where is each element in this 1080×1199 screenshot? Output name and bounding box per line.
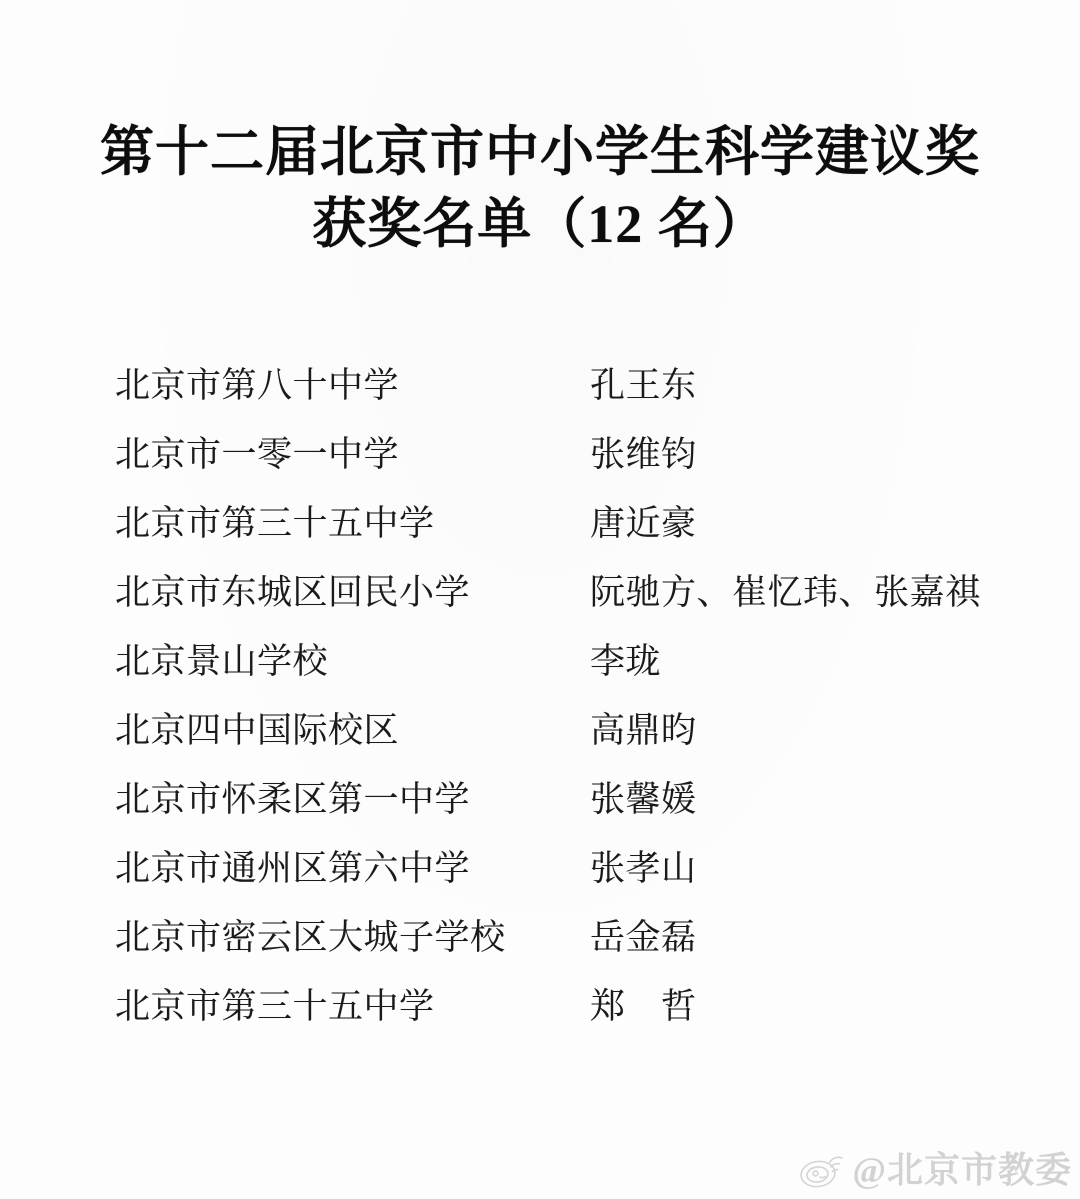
table-row: 北京市第八十中学 孔王东 (115, 348, 1080, 417)
table-row: 北京四中国际校区 高鼎昀 (115, 693, 1080, 762)
winner-names: 孔王东 (590, 358, 697, 408)
school-name: 北京市第三十五中学 (115, 979, 590, 1029)
table-row: 北京市通州区第六中学 张孝山 (115, 831, 1080, 900)
winner-names: 高鼎昀 (590, 703, 697, 753)
winner-names: 张馨媛 (590, 772, 697, 822)
table-row: 北京市密云区大城子学校 岳金磊 (115, 900, 1080, 969)
watermark: @北京市教委 (797, 1142, 1073, 1193)
winner-names: 唐近豪 (590, 496, 697, 546)
school-name: 北京市东城区回民小学 (115, 565, 590, 615)
winner-names: 郑 哲 (590, 979, 697, 1029)
school-name: 北京景山学校 (115, 634, 590, 684)
school-name: 北京市通州区第六中学 (115, 841, 590, 891)
table-row: 北京市怀柔区第一中学 张馨媛 (115, 762, 1080, 831)
winner-names: 岳金磊 (590, 910, 697, 960)
table-row: 北京市一零一中学 张维钧 (115, 417, 1080, 486)
table-row: 北京市东城区回民小学 阮驰方、崔忆玮、张嘉祺 (115, 555, 1080, 624)
school-name: 北京四中国际校区 (115, 703, 590, 753)
school-name: 北京市第三十五中学 (115, 496, 590, 546)
table-row: 北京景山学校 李珑 (115, 624, 1080, 693)
title-line-1: 第十二届北京市中小学生科学建议奖 (0, 116, 1080, 188)
watermark-text: @北京市教委 (853, 1142, 1073, 1193)
winner-names: 李珑 (590, 634, 661, 684)
winner-names: 张孝山 (590, 841, 697, 891)
award-document: 第十二届北京市中小学生科学建议奖 获奖名单（12 名） 北京市第八十中学 孔王东… (0, 0, 1080, 1199)
weibo-icon (797, 1145, 849, 1191)
school-name: 北京市怀柔区第一中学 (115, 772, 590, 822)
school-name: 北京市一零一中学 (115, 427, 590, 477)
table-row: 北京市第三十五中学 郑 哲 (115, 969, 1080, 1038)
winner-names: 阮驰方、崔忆玮、张嘉祺 (590, 565, 981, 615)
winner-list: 北京市第八十中学 孔王东 北京市一零一中学 张维钧 北京市第三十五中学 唐近豪 … (0, 348, 1080, 1038)
school-name: 北京市密云区大城子学校 (115, 910, 590, 960)
winner-names: 张维钧 (590, 427, 697, 477)
page-title: 第十二届北京市中小学生科学建议奖 获奖名单（12 名） (0, 0, 1080, 260)
school-name: 北京市第八十中学 (115, 358, 590, 408)
title-line-2: 获奖名单（12 名） (0, 188, 1080, 260)
table-row: 北京市第三十五中学 唐近豪 (115, 486, 1080, 555)
